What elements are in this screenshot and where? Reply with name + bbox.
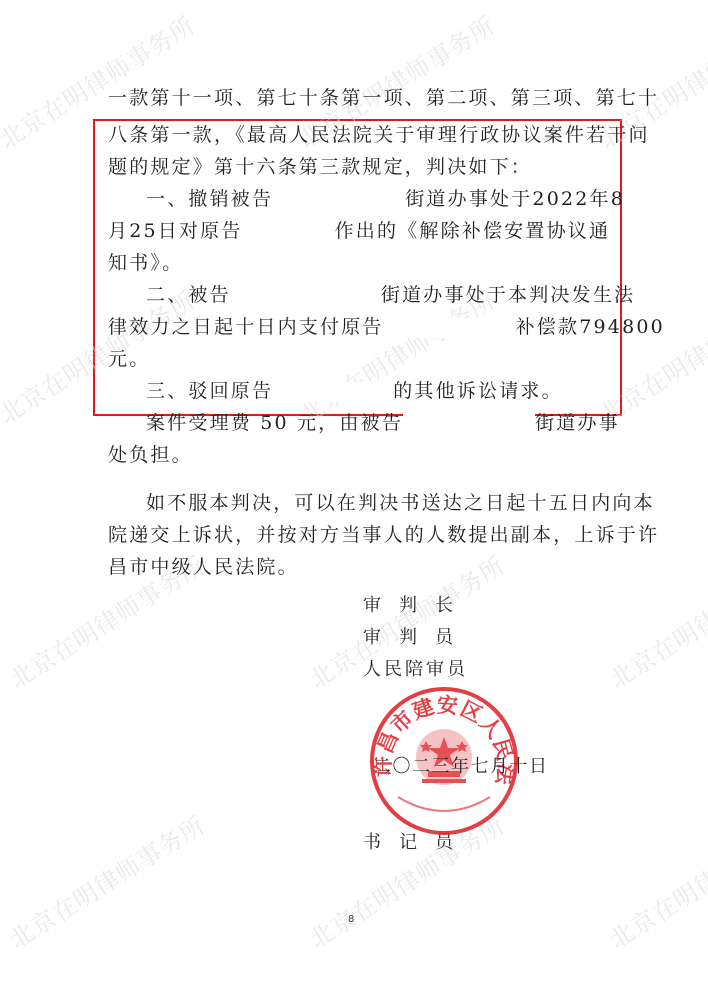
redacted-name	[384, 318, 516, 338]
appeal-line: 如不服本判决，可以在判决书送达之日起十五日内向本	[146, 491, 618, 515]
presiding-judge-label: 审判长	[363, 595, 471, 617]
text-fragment: 案件受理费 50 元，由被告	[146, 412, 403, 434]
text-fragment: 作出的《解除补偿安置协议通	[335, 220, 611, 242]
case-fee-line-end: 处负担。	[108, 443, 618, 467]
text-fragment: 街道办事	[535, 412, 620, 434]
body-line: 题的规定》第十六条第三款规定，判决如下：	[108, 155, 618, 179]
page-number: 8	[348, 914, 354, 925]
document-content: 一款第十一项、第七十条第一项、第二项、第三项、第七十 八条第一款，《最高人民法院…	[0, 0, 708, 1000]
judgment-item-2: 二、被告街道办事处于本判决发生法	[146, 283, 618, 307]
case-fee-line: 案件受理费 50 元，由被告街道办事	[146, 411, 618, 435]
appeal-line: 昌市中级人民法院。	[108, 555, 618, 579]
judgment-item-2-cont: 律效力之日起十日内支付原告补偿款794800	[108, 315, 618, 339]
redacted-name	[273, 190, 405, 210]
text-fragment: 的其他诉讼请求。	[393, 380, 563, 402]
judgment-item-2-end: 元。	[108, 347, 618, 371]
appeal-line: 院递交上诉状，并按对方当事人的人数提出副本，上诉于许	[108, 523, 618, 547]
judgment-item-3: 三、驳回原告的其他诉讼请求。	[146, 379, 618, 403]
judgment-item-1-end: 知书》。	[108, 251, 618, 275]
body-line: 一款第十一项、第七十条第一项、第二项、第三项、第七十	[108, 86, 618, 110]
redacted-name	[403, 414, 535, 434]
text-fragment: 二、被告	[146, 284, 231, 306]
text-fragment: 街道办事处于本判决发生法	[381, 284, 635, 306]
people-assessor-label: 人民陪审员	[363, 659, 468, 681]
judgment-date: 二〇二三年七月十日	[373, 756, 549, 778]
text-fragment: 律效力之日起十日内支付原告	[108, 316, 384, 338]
judgment-item-1: 一、撤销被告街道办事处于2022年8	[146, 187, 618, 211]
redacted-name	[243, 222, 335, 242]
text-fragment: 三、驳回原告	[146, 380, 273, 402]
text-fragment: 街道办事处于2022年8	[405, 188, 625, 210]
redacted-name	[231, 286, 381, 306]
body-line: 八条第一款，《最高人民法院关于审理行政协议案件若干问	[108, 123, 618, 147]
text-fragment: 补偿款794800	[516, 316, 665, 338]
redacted-name	[273, 382, 393, 402]
text-fragment: 月25日对原告	[108, 220, 243, 242]
document-page: 北京在明律师事务所 北京在明律师事务所 北京在明律师事务所 北京在明律师事务所 …	[0, 0, 708, 1000]
judge-label: 审判员	[363, 627, 471, 649]
text-fragment: 一、撤销被告	[146, 188, 273, 210]
judgment-item-1-cont: 月25日对原告作出的《解除补偿安置协议通	[108, 219, 618, 243]
